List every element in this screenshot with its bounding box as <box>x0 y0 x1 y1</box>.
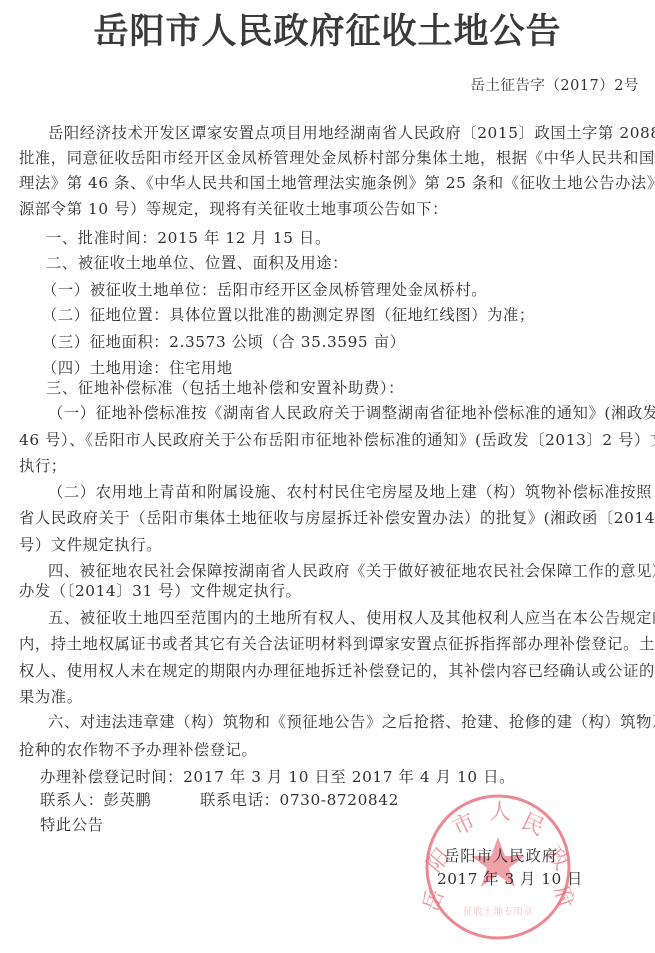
sub-item: （一）被征收土地单位：岳阳市经开区金凤桥管理处金凤桥村。 <box>42 279 487 301</box>
body-line: 源部令第 10 号）等规定，现将有关征收土地事项公告如下： <box>19 198 448 220</box>
section-heading-4: 四、被征地农民社会保障按湖南省人民政府《关于做好被征地农民社会保障工作的意见》湘… <box>48 560 635 582</box>
document-number: 岳土征告字（2017）2号 <box>470 75 639 97</box>
sub-item: （二）征地位置：具体位置以批准的勘测定界图（征地红线图）为准； <box>42 304 535 326</box>
body-line: （一）征地补偿标准按《湖南省人民政府关于调整湖南省征地补偿标准的通知》(湘政发〔… <box>48 402 635 424</box>
section-heading-1: 一、批准时间：2015 年 12 月 15 日。 <box>46 227 331 249</box>
issuer-signature: 岳阳市人民政府 <box>444 845 558 867</box>
svg-text:· · · · · · · · · · ·: · · · · · · · · · · · <box>475 925 522 933</box>
sub-item: （四）土地用途：住宅用地 <box>42 357 233 379</box>
body-line: 省人民政府关于（岳阳市集体土地征收与房屋拆迁补偿安置办法）的批复》(湘政函〔20… <box>19 507 635 529</box>
body-line: 号）文件规定执行。 <box>19 534 162 556</box>
body-line: 权人、使用权人未在规定的期限内办理征地拆迁补偿登记的，其补偿内容已经确认或公证的… <box>19 660 635 682</box>
svg-text:市: 市 <box>449 809 480 841</box>
svg-text:岳: 岳 <box>422 886 449 915</box>
body-line: 理法》第 46 条、《中华人民共和国土地管理法实施条例》第 25 条和《征收土地… <box>19 172 635 194</box>
section-heading-3: 三、征地补偿标准（包括土地补偿和安置补助费）： <box>46 377 404 399</box>
official-seal-icon: 岳 阳 市 人 民 政 府 征收土地专用章 · · · · · · · · · … <box>422 793 574 941</box>
sub-item: （三）征地面积：2.3573 公顷（合 35.3595 亩） <box>42 331 406 353</box>
svg-text:征收土地专用章: 征收土地专用章 <box>463 905 533 918</box>
body-line: 岳阳经济技术开发区谭家安置点项目用地经湖南省人民政府〔2015〕政国土字第 20… <box>48 122 635 144</box>
body-line: 内，持土地权属证书或者其它有关合法证明材料到谭家安置点征拆指挥部办理补偿登记。土… <box>19 633 635 655</box>
issue-date: 2017 年 3 月 10 日 <box>437 868 583 890</box>
closing-remark: 特此公告 <box>40 814 104 836</box>
body-line: 果为准。 <box>19 686 83 708</box>
contact-phone: 联系电话：0730-8720842 <box>200 789 399 811</box>
body-line: （二）农用地上青苗和附属设施、农村村民住宅房屋及地上建（构）筑物补偿标准按照《湖… <box>48 481 635 503</box>
body-line: 执行； <box>19 455 67 477</box>
svg-text:人: 人 <box>489 800 511 825</box>
body-line: 办发（〔2014〕31 号）文件规定执行。 <box>19 580 301 602</box>
body-line: 批准，同意征收岳阳市经开区金凤桥管理处金凤桥村部分集体土地，根据《中华人民共和国… <box>19 147 635 169</box>
body-line: 46 号）、《岳阳市人民政府关于公布岳阳市征地补偿标准的通知》(岳政发〔2013… <box>19 429 635 451</box>
section-heading-6: 六、对违法违章建（构）筑物和《预征地公告》之后抢搭、抢建、抢修的建（构）筑物及抢… <box>48 711 640 733</box>
section-heading-5: 五、被征收土地四至范围内的土地所有权人、使用权人及其他权利人应当在本公告规定的期… <box>48 607 635 629</box>
section-heading-2: 二、被征收土地单位、位置、面积及用途： <box>46 252 348 274</box>
body-line: 抢种的农作物不予办理补偿登记。 <box>19 739 257 761</box>
registration-period: 办理补偿登记时间：2017 年 3 月 10 日至 2017 年 4 月 10 … <box>40 766 515 788</box>
contact-person: 联系人：彭英鹏 <box>40 789 151 811</box>
page-title: 岳阳市人民政府征收土地公告 <box>0 10 655 54</box>
